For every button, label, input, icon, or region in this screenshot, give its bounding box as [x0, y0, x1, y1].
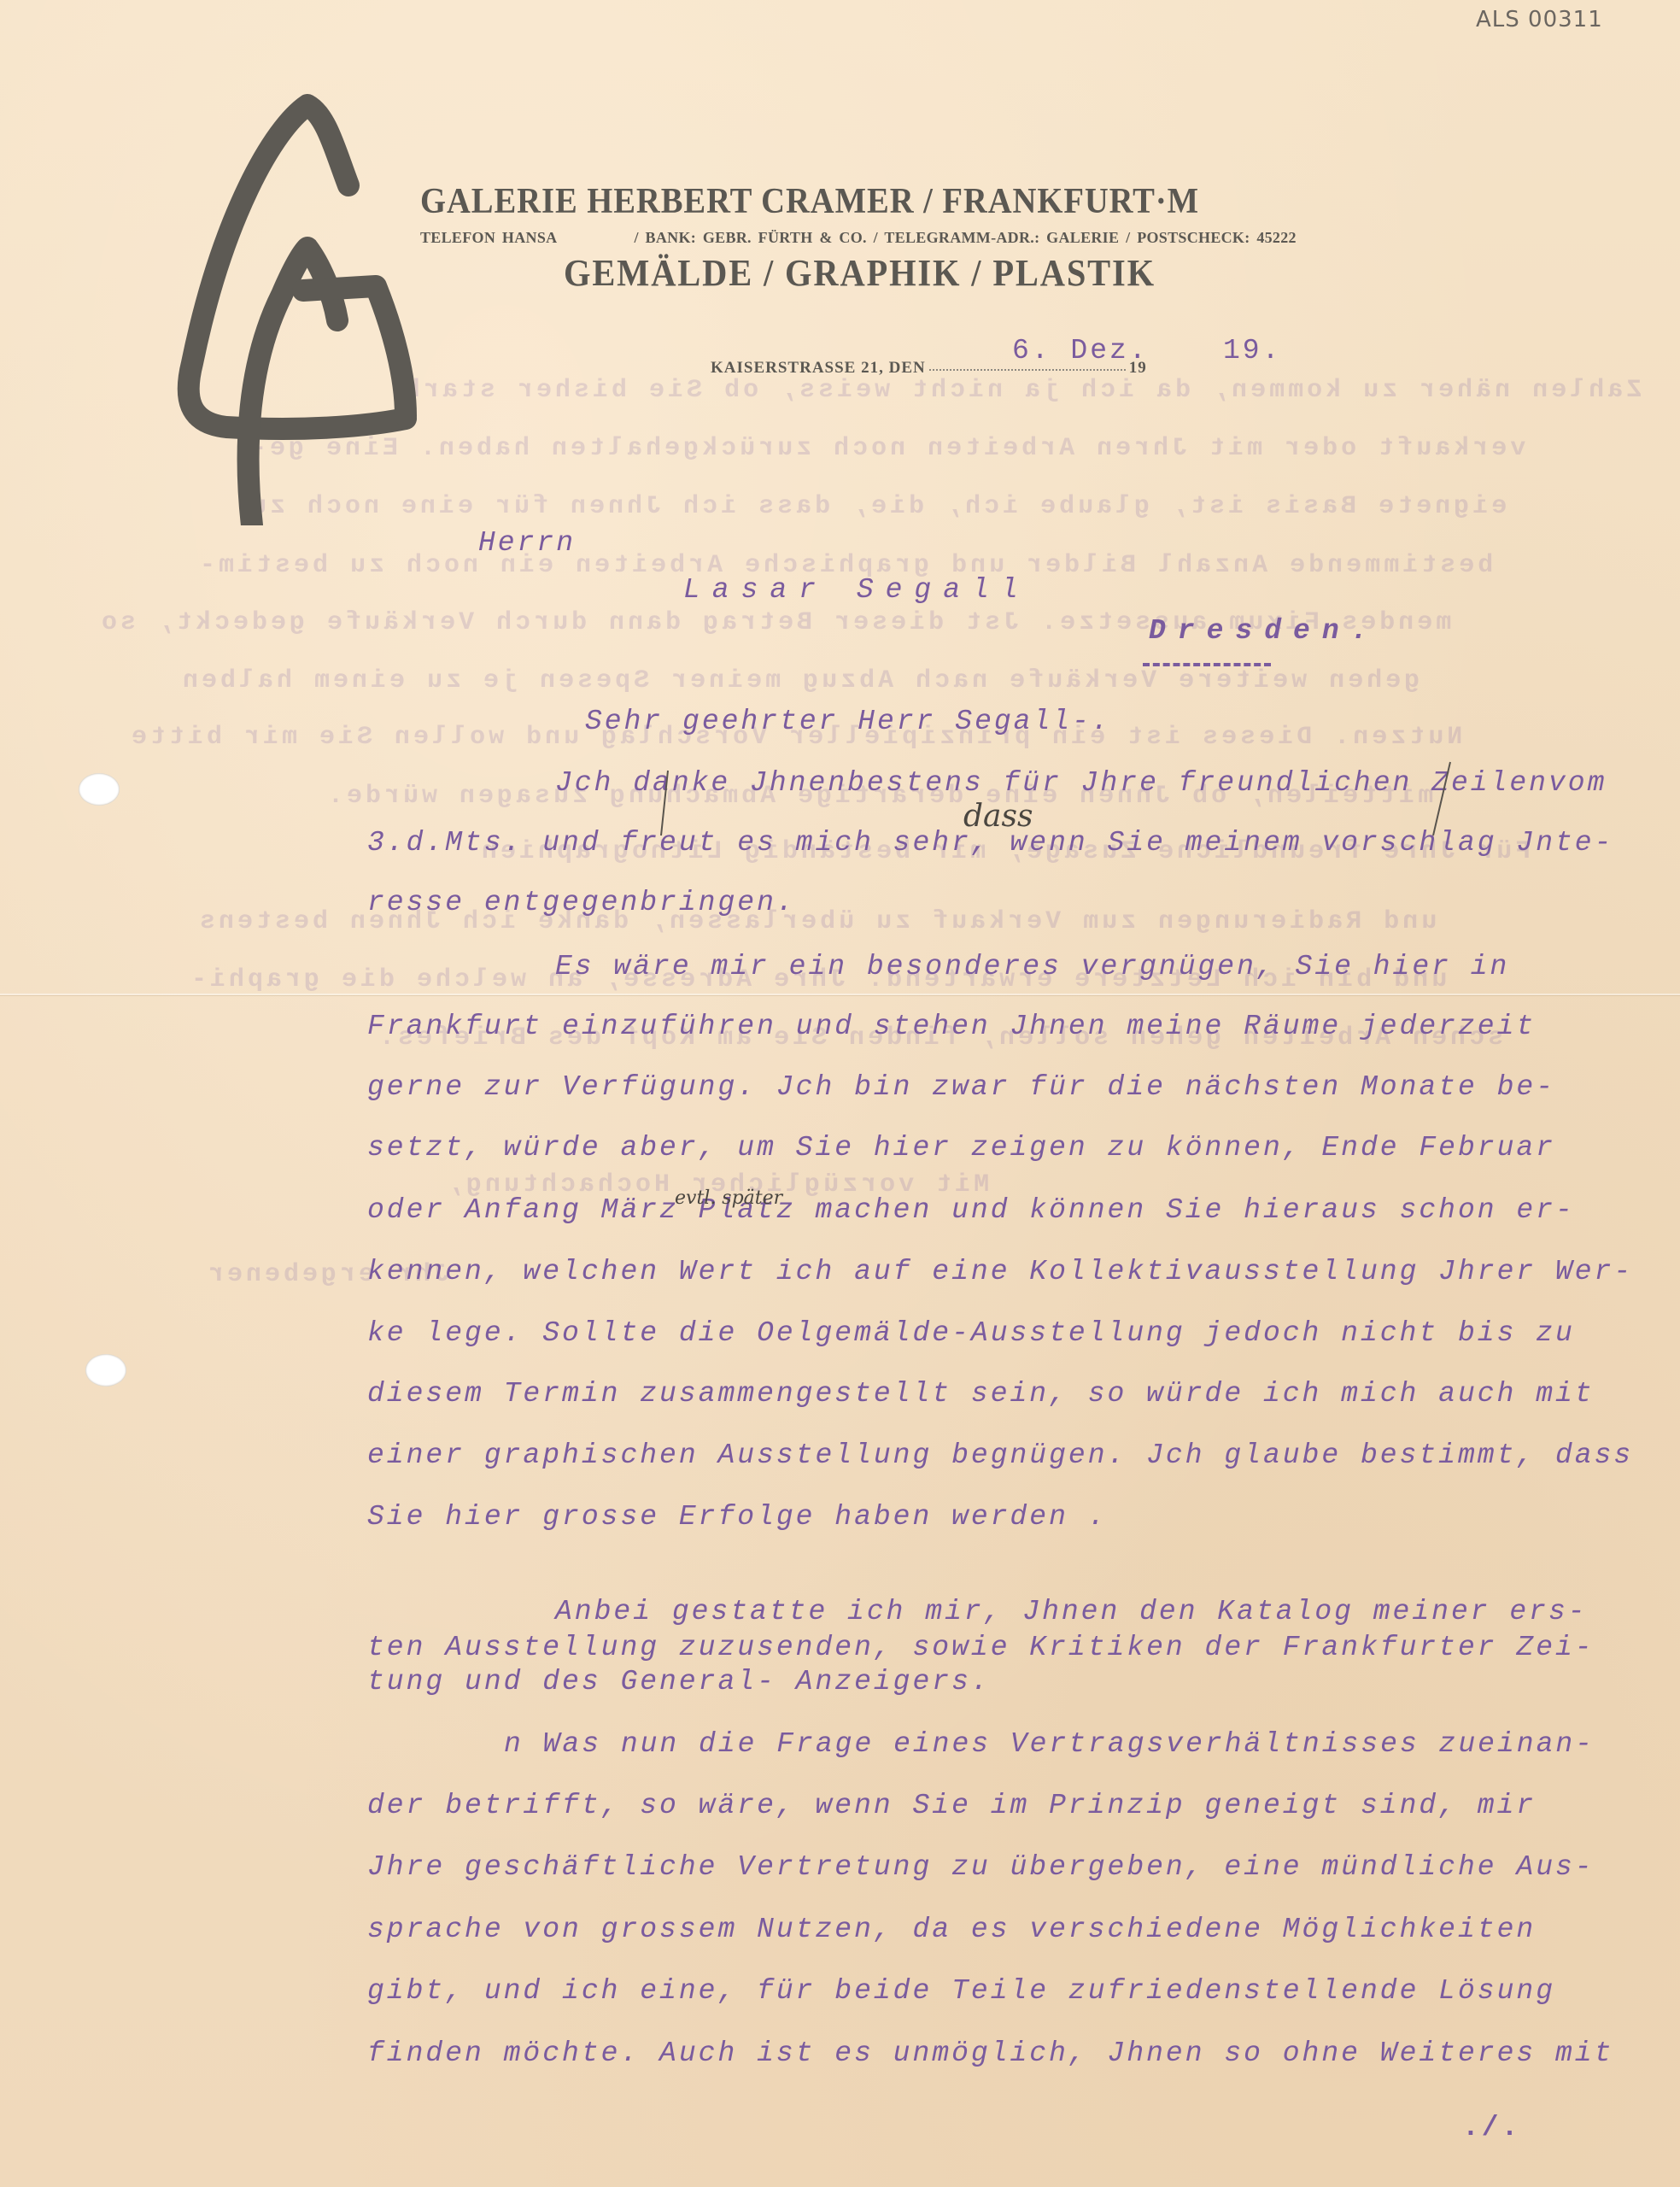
pencil-separator-mark	[1425, 760, 1459, 837]
punch-hole-bottom	[85, 1354, 126, 1387]
recipient-city: Dresden.	[1149, 615, 1379, 647]
body-line: Jhre geschäftliche Vertretung zu übergeb…	[367, 1851, 1595, 1883]
handwritten-insertion: evtl. später	[675, 1187, 782, 1209]
body-line: Sie hier grosse Erfolge haben werden .	[367, 1501, 1108, 1533]
bleed-line: eignete Basis ist, glaube ich, die, dass…	[248, 492, 1507, 521]
body-line: oder Anfang März Platz machen und können…	[367, 1194, 1575, 1226]
date-year: 19.	[1223, 335, 1281, 366]
body-line: ke lege. Sollte die Oelgemälde-Ausstellu…	[367, 1317, 1575, 1349]
continuation-mark: ./.	[1462, 2112, 1520, 2143]
greeting: Sehr geehrter Herr Segall-.	[585, 706, 1111, 737]
gallery-name: Galerie Herbert Cramer / Frankfurt·M	[420, 181, 1199, 222]
body-line: resse entgegenbringen.	[367, 887, 796, 918]
bleed-line: gehen weitere Verkäufe nach Abzug meiner…	[179, 666, 1420, 695]
body-line: finden möchte. Auch ist es unmöglich, Jh…	[367, 2037, 1613, 2069]
recipient-title: Herrn	[478, 527, 576, 559]
body-line: sprache von grossem Nutzen, da es versch…	[367, 1914, 1536, 1945]
pencil-separator-mark	[649, 769, 683, 837]
bank-telegram-postscheck: / Bank: Gebr. Fürth & Co. / Telegramm-Ad…	[634, 229, 1296, 246]
body-line: einer graphischen Ausstellung begnügen. …	[367, 1439, 1633, 1471]
city-underline	[1143, 663, 1271, 666]
body-line: ten Ausstellung zuzusenden, sowie Kritik…	[367, 1632, 1595, 1663]
archive-reference: ALS 00311	[1476, 7, 1603, 32]
bleed-line: Zahlen näher zu kommen, da ich ja nicht …	[401, 376, 1642, 405]
telephone-label: Telefon Hansa	[420, 229, 557, 246]
body-line: gerne zur Verfügung. Jch bin zwar für di…	[367, 1071, 1555, 1103]
bleed-line: verkauft oder mit Jhren Arbeiten noch zu…	[248, 434, 1525, 463]
body-line: Frankfurt einzuführen und stehen Jhnen m…	[367, 1011, 1536, 1042]
date-day-month: 6. Dez.	[1012, 335, 1149, 366]
letterhead-contact-line: Telefon Hansa/ Bank: Gebr. Fürth & Co. /…	[420, 229, 1297, 247]
body-line: kennen, welchen Wert ich auf eine Kollek…	[367, 1256, 1633, 1287]
body-line: Anbei gestatte ich mir, Jhnen den Katalo…	[555, 1596, 1588, 1627]
punch-hole-top	[79, 773, 120, 806]
gallery-monogram-icon	[145, 81, 419, 525]
date-dotted-field	[929, 369, 1126, 371]
street-address: Kaiserstrasse 21, den	[711, 359, 926, 377]
body-line: tung und des General- Anzeigers.	[367, 1666, 991, 1697]
body-line: Es wäre mir ein besonderes vergnügen, Si…	[555, 951, 1509, 982]
recipient-name: Lasar Segall	[683, 574, 1030, 606]
body-line: gibt, und ich eine, für beide Teile zufr…	[367, 1975, 1555, 2007]
body-line: der betrifft, so wäre, wenn Sie im Prinz…	[367, 1790, 1536, 1821]
body-line: diesem Termin zusammengestellt sein, so …	[367, 1378, 1595, 1410]
body-line: n Was nun die Frage eines Vertragsverhäl…	[504, 1728, 1595, 1760]
gallery-specialties: Gemälde / Graphik / Plastik	[564, 251, 1156, 295]
body-line: setzt, würde aber, um Sie hier zeigen zu…	[367, 1132, 1555, 1164]
handwritten-correction-dass: dass	[963, 799, 1033, 834]
